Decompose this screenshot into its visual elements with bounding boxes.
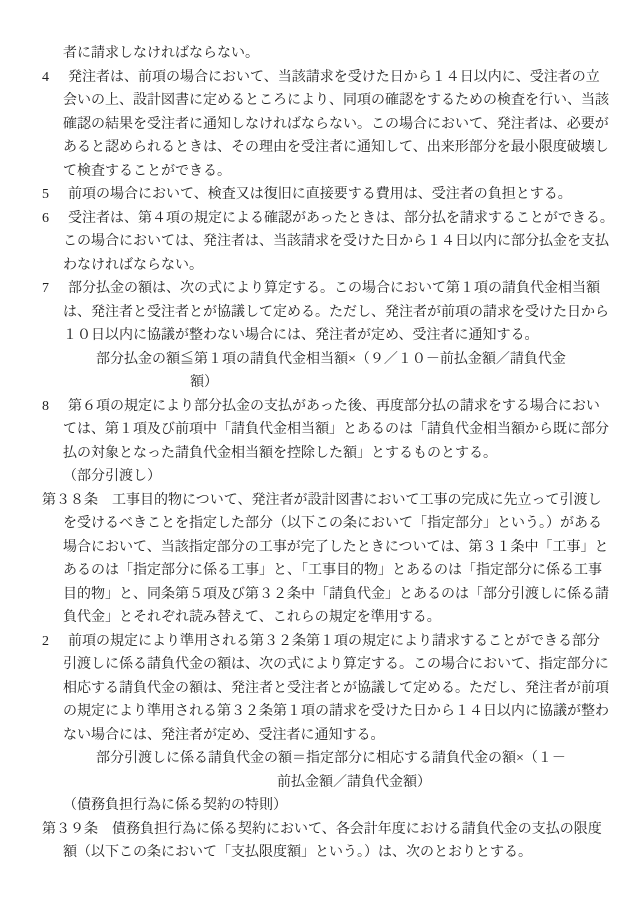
paragraph-number: 7: [42, 277, 68, 301]
text-line: て検査することができる。: [42, 160, 608, 184]
paragraph-number: 2: [42, 630, 68, 654]
paragraph-number: 8: [42, 395, 68, 419]
text-line: 額（以下この条において「支払限度額」という。）は、次のとおりとする。: [42, 841, 608, 865]
article-line: 第３８条 工事目的物について、発注者が設計図書において工事の完成に先立って引渡し: [42, 489, 608, 513]
paragraph-text: 受注者は、第４項の規定による確認があったときは、部分払を請求することができる。: [68, 211, 614, 226]
numbered-paragraph-line: 2前項の規定により準用される第３２条第１項の規定により請求することができる部分: [42, 630, 608, 654]
paragraph-text: 第６項の規定により部分払金の支払があった後、再度部分払の請求をする場合におい: [68, 399, 600, 414]
text-line: 負代金」とそれぞれ読み替えて、これらの規定を準用する。: [42, 606, 608, 630]
text-line: 目的物」と、同条第５項及び第３２条中「請負代金」とあるのは「部分引渡しに係る請: [42, 583, 608, 607]
text-line: この場合においては、発注者は、当該請求を受けた日から１４日以内に部分払金を支払: [42, 230, 608, 254]
text-line: わなければならない。: [42, 254, 608, 278]
paragraph-number: 4: [42, 66, 68, 90]
formula-line: 額）: [42, 371, 608, 395]
paragraph-text: 発注者は、前項の場合において、当該請求を受けた日から１４日以内に、受注者の立: [68, 70, 600, 85]
text-line: 場合において、当該指定部分の工事が完了したときについては、第３１条中「工事」と: [42, 536, 608, 560]
numbered-paragraph-line: 4発注者は、前項の場合において、当該請求を受けた日から１４日以内に、受注者の立: [42, 66, 608, 90]
text-line: 払の対象となった請負代金相当額を控除した額」とするものとする。: [42, 442, 608, 466]
numbered-paragraph-line: 7部分払金の額は、次の式により算定する。この場合において第１項の請負代金相当額: [42, 277, 608, 301]
formula-line: 前払金額／請負代金額）: [42, 771, 608, 795]
paragraph-text: 部分払金の額は、次の式により算定する。この場合において第１項の請負代金相当額: [68, 281, 600, 296]
numbered-paragraph-line: 5前項の場合において、検査又は復旧に直接要する費用は、受注者の負担とする。: [42, 183, 608, 207]
text-line: の規定により準用される第３２条第１項の請求を受けた日から１４日以内に協議が整わ: [42, 700, 608, 724]
text-line: 相応する請負代金の額は、発注者と受注者とが協議して定める。ただし、発注者が前項: [42, 677, 608, 701]
text-line: 引渡しに係る請負代金の額は、次の式により算定する。この場合において、指定部分に: [42, 653, 608, 677]
paragraph-number: 5: [42, 183, 68, 207]
text-line: ては、第１項及び前項中「請負代金相当額」とあるのは「請負代金相当額から既に部分: [42, 418, 608, 442]
numbered-paragraph-line: 6受注者は、第４項の規定による確認があったときは、部分払を請求することができる。: [42, 207, 608, 231]
formula-line: 部分引渡しに係る請負代金の額＝指定部分に相応する請負代金の額×（１－: [42, 747, 608, 771]
text-line: ない場合には、発注者が定め、受注者に通知する。: [42, 724, 608, 748]
text-line: 会いの上、設計図書に定めるところにより、同項の確認をするための検査を行い、当該: [42, 89, 608, 113]
section-heading-line: （部分引渡し）: [42, 465, 608, 489]
formula-line: 部分払金の額≦第１項の請負代金相当額×（９／１０－前払金額／請負代金: [42, 348, 608, 372]
numbered-paragraph-line: 8第６項の規定により部分払金の支払があった後、再度部分払の請求をする場合におい: [42, 395, 608, 419]
text-line: １０日以内に協議が整わない場合には、発注者が定め、受注者に通知する。: [42, 324, 608, 348]
paragraph-text: 前項の規定により準用される第３２条第１項の規定により請求することができる部分: [68, 634, 600, 649]
text-line: あるのは「指定部分に係る工事」と、「工事目的物」とあるのは「指定部分に係る工事: [42, 559, 608, 583]
document-page: 者に請求しなければならない。4発注者は、前項の場合において、当該請求を受けた日か…: [0, 0, 630, 903]
text-line: は、発注者と受注者とが協議して定める。ただし、発注者が前項の請求を受けた日から: [42, 301, 608, 325]
text-line: 確認の結果を受注者に通知しなければならない。この場合において、発注者は、必要が: [42, 113, 608, 137]
document-text-block: 者に請求しなければならない。4発注者は、前項の場合において、当該請求を受けた日か…: [42, 42, 608, 865]
paragraph-number: 6: [42, 207, 68, 231]
section-heading-line: （債務負担行為に係る契約の特則）: [42, 794, 608, 818]
article-line: 第３９条 債務負担行為に係る契約において、各会計年度における請負代金の支払の限度: [42, 818, 608, 842]
text-line: を受けるべきことを指定した部分（以下この条において「指定部分」という。）がある: [42, 512, 608, 536]
paragraph-text: 前項の場合において、検査又は復旧に直接要する費用は、受注者の負担とする。: [68, 187, 572, 202]
text-line: あると認められるときは、その理由を受注者に通知して、出来形部分を最小限度破壊し: [42, 136, 608, 160]
text-line: 者に請求しなければならない。: [42, 42, 608, 66]
